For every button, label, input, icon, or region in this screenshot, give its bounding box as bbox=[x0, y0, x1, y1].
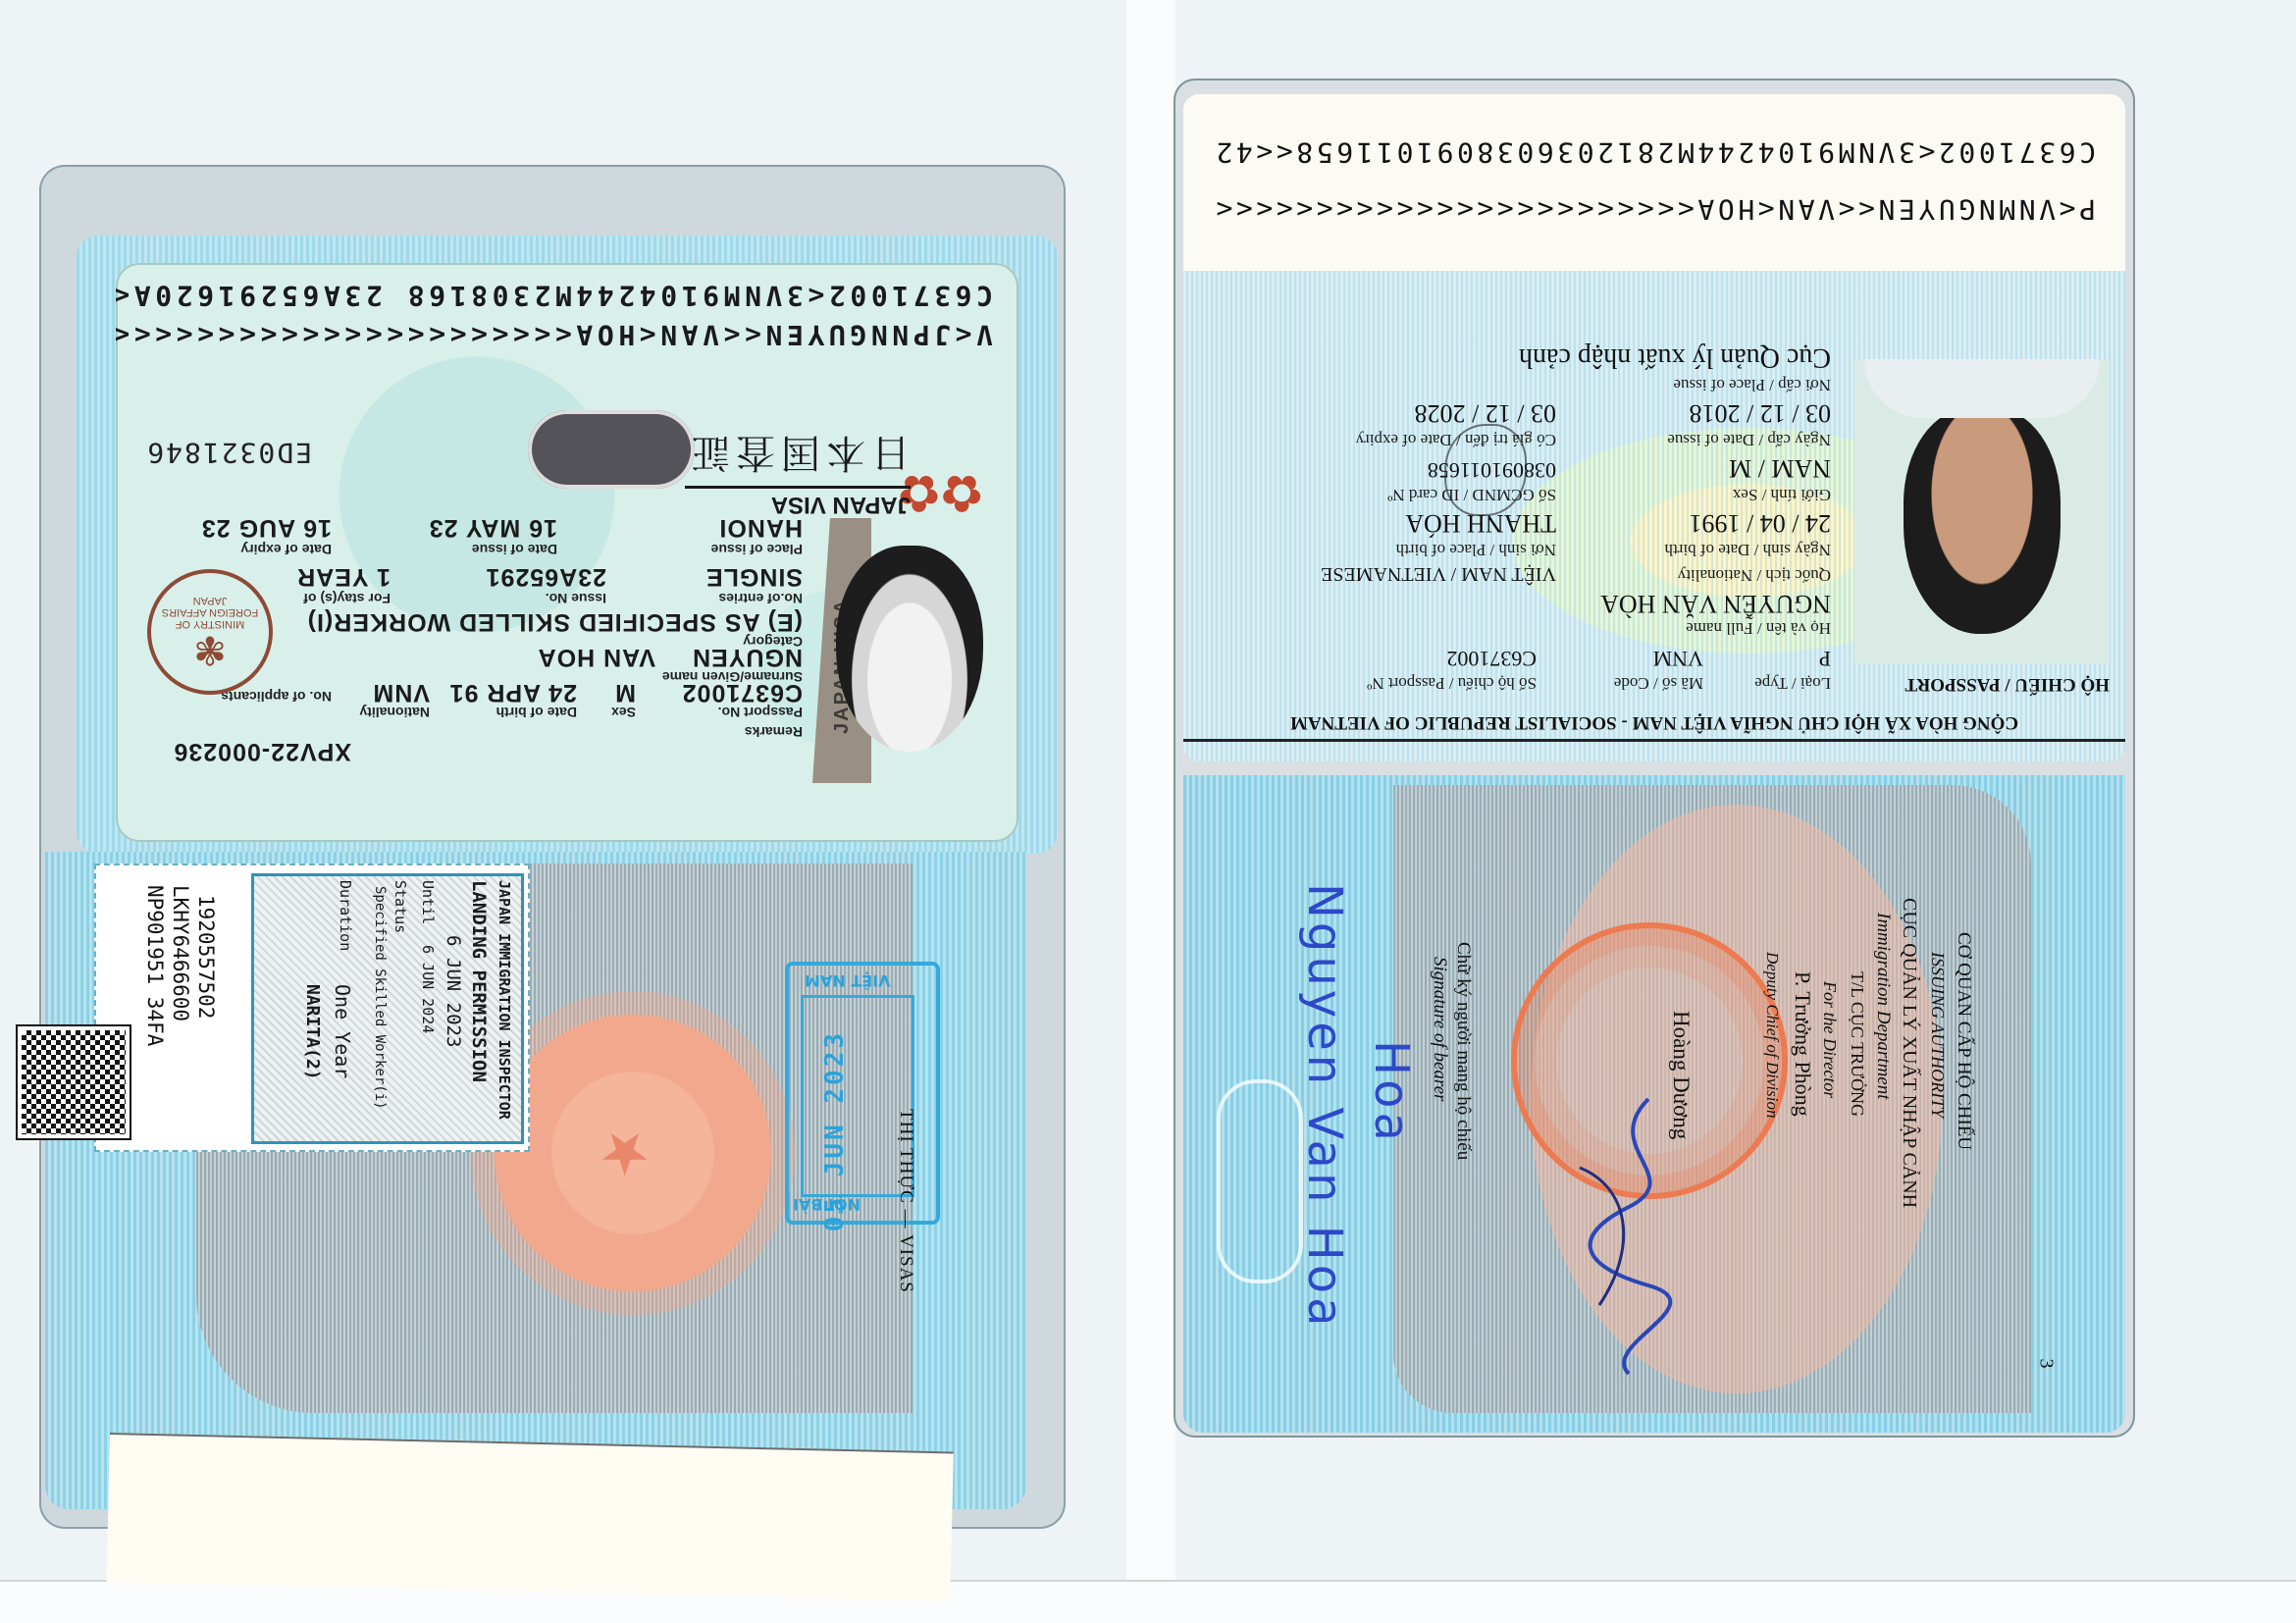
issuing-authority-vi: CƠ QUAN CẤP HỘ CHIẾU bbox=[1953, 932, 1974, 1150]
passport-header: HỘ CHIẾU / PASSPORT bbox=[1905, 673, 2110, 695]
duration-label: Duration bbox=[337, 880, 354, 951]
place-of-issue-value: HANOI bbox=[718, 513, 803, 542]
passport-number-label: Số hộ chiếu / Passport Nº bbox=[1367, 673, 1537, 693]
remarks-code: XPV22-000236 bbox=[173, 737, 351, 765]
visa-mrz-line-1: V<JPNNGUYEN<<VAN<HOA<<<<<<<<<<<<<<<<<<<<… bbox=[116, 319, 993, 351]
mofa-seal: ✾MINISTRY OF FOREIGN AFFAIRS JAPAN bbox=[147, 569, 273, 695]
visa-title-japanese: 日本国査証 bbox=[685, 428, 911, 489]
for-director-en: For the Director bbox=[1819, 981, 1840, 1098]
sticker-code-2: NP901951 34FA bbox=[143, 885, 167, 1046]
until-label: Until bbox=[419, 880, 437, 924]
data-page-rotated: CỘNG HÒA XÃ HỘI CHỦ NGHĨA VIỆT NAM - SOC… bbox=[1183, 94, 2125, 761]
entries-label: No.of entries bbox=[718, 591, 803, 606]
visa-hologram bbox=[528, 410, 695, 489]
officer-signature bbox=[1540, 1089, 1697, 1384]
surname-value: NGUYEN bbox=[692, 643, 803, 671]
bearer-signature-label-en: Signature of bearer bbox=[1429, 957, 1450, 1101]
sex-value-pp: NAM / M bbox=[1729, 453, 1831, 483]
landing-text-block: JAPAN IMMIGRATION INSPECTOR LANDING PERM… bbox=[260, 876, 515, 1141]
date-of-expiry-value: 16 AUG 23 bbox=[201, 513, 332, 542]
entries-value: SINGLE bbox=[705, 562, 803, 591]
dob-value-pp: 24 / 04 / 1991 bbox=[1690, 508, 1831, 538]
passport-no-value: C6371002 bbox=[682, 678, 803, 707]
dob-label: Date of birth bbox=[496, 705, 577, 720]
passport-data-page: CỘNG HÒA XÃ HỘI CHỦ NGHĨA VIỆT NAM - SOC… bbox=[1183, 94, 2125, 761]
until-value: 6 JUN 2024 bbox=[419, 945, 437, 1033]
applicants-label: No. of applicants bbox=[221, 689, 332, 705]
mrz-zone bbox=[1183, 94, 2125, 271]
category-value: (E) AS SPECIFIED SKILLED WORKER(I) bbox=[307, 607, 803, 636]
place-of-issue-label: Place of issue bbox=[711, 542, 803, 557]
landing-title: LANDING PERMISSION bbox=[468, 880, 490, 1082]
sex-label: Sex bbox=[611, 705, 636, 720]
department-vi: CỤC QUẢN LÝ XUẤT NHẬP CẢNH bbox=[1898, 898, 1920, 1208]
for-director-vi: T/L CỤC TRƯỞNG bbox=[1847, 971, 1867, 1117]
sex-value: M bbox=[614, 678, 636, 707]
place-issue-label: Nơi cấp / Place of issue bbox=[1673, 375, 1831, 394]
passport-photo bbox=[1854, 359, 2110, 663]
landing-permission-stamp: JAPAN IMMIGRATION INSPECTOR LANDING PERM… bbox=[251, 873, 524, 1144]
blank-paper-slip bbox=[107, 1433, 954, 1600]
sex-label-pp: Giới tính / Sex bbox=[1733, 485, 1831, 504]
nationality-label-pp: Quốc tịch / Nationality bbox=[1678, 565, 1831, 585]
emblem-star-icon: ★ bbox=[599, 1119, 652, 1187]
given-name-value: VAN HOA bbox=[538, 643, 655, 671]
page-number: 3 bbox=[2035, 1359, 2058, 1369]
japan-visa-sticker: JAPAN VISA ✿✿ JAPAN VISA 日本国査証 ED0321846… bbox=[116, 263, 1018, 842]
officer-title-en: Deputy Chief of Division bbox=[1762, 952, 1782, 1119]
photo-head bbox=[1904, 408, 2061, 634]
status-value: Specified Skilled Worker(i) bbox=[372, 886, 388, 1110]
department-en: Immigration Department bbox=[1872, 913, 1894, 1100]
landing-date: 6 JUN 2023 bbox=[443, 935, 464, 1047]
nationality-label: Nationality bbox=[359, 705, 430, 720]
passport-mrz-line-1: P<VNMNGUYEN<<VAN<HOA<<<<<<<<<<<<<<<<<<<<… bbox=[1213, 193, 2096, 226]
place-issue-value: Cục Quản lý xuất nhập cảnh bbox=[1519, 341, 1831, 373]
visa-page-caption: THỊ THỰC — VISAS bbox=[895, 1109, 916, 1293]
photo-shirt bbox=[1864, 359, 2100, 418]
scan-gap bbox=[1126, 0, 1175, 1580]
passport-number-value: C6371002 bbox=[1446, 646, 1537, 671]
issue-date-value: 03 / 12 / 2018 bbox=[1690, 398, 1831, 428]
landing-permission-sticker: 1920557502 LKHY6466600 NP901951 34FA JAP… bbox=[94, 864, 530, 1152]
code-label: Mã số / Code bbox=[1614, 673, 1703, 693]
bearer-signature-label-vi: Chữ ký người mang hộ chiếu bbox=[1452, 942, 1474, 1160]
inspector-header: JAPAN IMMIGRATION INSPECTOR bbox=[496, 880, 513, 1120]
bearer-signature-line-1: Hoa bbox=[1364, 1040, 1419, 1145]
officer-title-vi: P. Trưởng Phòng bbox=[1790, 971, 1815, 1117]
visa-mrz-line-2: C6371002<3VNM9104244M2308168 23A65291620… bbox=[116, 280, 993, 312]
chrysanthemum-icon: ✾ bbox=[151, 630, 269, 669]
mofa-seal-text: MINISTRY OF FOREIGN AFFAIRS JAPAN bbox=[151, 595, 269, 630]
type-value: P bbox=[1819, 646, 1831, 671]
remarks-label: Remarks bbox=[745, 724, 803, 740]
dob-label-pp: Ngày sinh / Date of birth bbox=[1665, 540, 1832, 559]
passport-mrz-line-2: C6371002<3VNM9104244M2812036038091011658… bbox=[1213, 136, 2096, 169]
passport-no-label: Passport No. bbox=[718, 705, 803, 720]
port-of-entry: NARITA(2) bbox=[302, 984, 323, 1080]
exit-stamp-country: VIỆT NAM bbox=[805, 971, 890, 990]
issue-no-value: 23A65291 bbox=[486, 562, 606, 591]
sticker-code-1: LKHY6466600 bbox=[169, 885, 192, 1021]
full-name-label: Họ và tên / Full name bbox=[1686, 618, 1831, 638]
nationality-value-pp: VIỆT NAM / VIETNAMESE bbox=[1321, 562, 1556, 585]
stay-label: For stay(s) of bbox=[303, 591, 391, 606]
date-of-expiry-label: Date of expiry bbox=[240, 542, 332, 557]
full-name-value: NGUYỄN VĂN HÒA bbox=[1600, 589, 1831, 618]
code-value: VNM bbox=[1653, 646, 1703, 671]
date-of-issue-label: Date of issue bbox=[472, 542, 557, 557]
decorative-scroll-ornament bbox=[1217, 1079, 1303, 1283]
nationality-value: VNM bbox=[372, 678, 430, 707]
date-of-issue-value: 16 MAY 23 bbox=[429, 513, 557, 542]
dob-value: 24 APR 91 bbox=[449, 678, 577, 707]
pob-label: Nơi sinh / Place of birth bbox=[1396, 540, 1556, 559]
type-label: Loại / Type bbox=[1754, 673, 1831, 693]
place-of-birth-emblem bbox=[1444, 424, 1527, 516]
landing-qr-code bbox=[18, 1026, 130, 1138]
visa-holder-photo bbox=[836, 546, 983, 752]
sticker-serial: 1920557502 bbox=[194, 895, 218, 1019]
stay-value: 1 YEAR bbox=[296, 562, 391, 591]
duration-value: One Year bbox=[331, 984, 354, 1078]
issuing-authority-en: ISSUING AUTHORITY bbox=[1927, 952, 1948, 1118]
republic-header: CỘNG HÒA XÃ HỘI CHỦ NGHĨA VIỆT NAM - SOC… bbox=[1183, 711, 2125, 742]
exit-stamp-port: NỘI BÀI bbox=[793, 1195, 861, 1214]
exit-stamp bbox=[785, 962, 940, 1225]
visa-number: ED0321846 bbox=[145, 437, 312, 469]
issue-date-label: Ngày cấp / Date of issue bbox=[1667, 430, 1831, 449]
status-label: Status bbox=[391, 880, 409, 933]
issue-no-label: Issue No. bbox=[546, 591, 606, 606]
bearer-signature-line-2: Nguyen Van Hoa bbox=[1297, 883, 1352, 1331]
